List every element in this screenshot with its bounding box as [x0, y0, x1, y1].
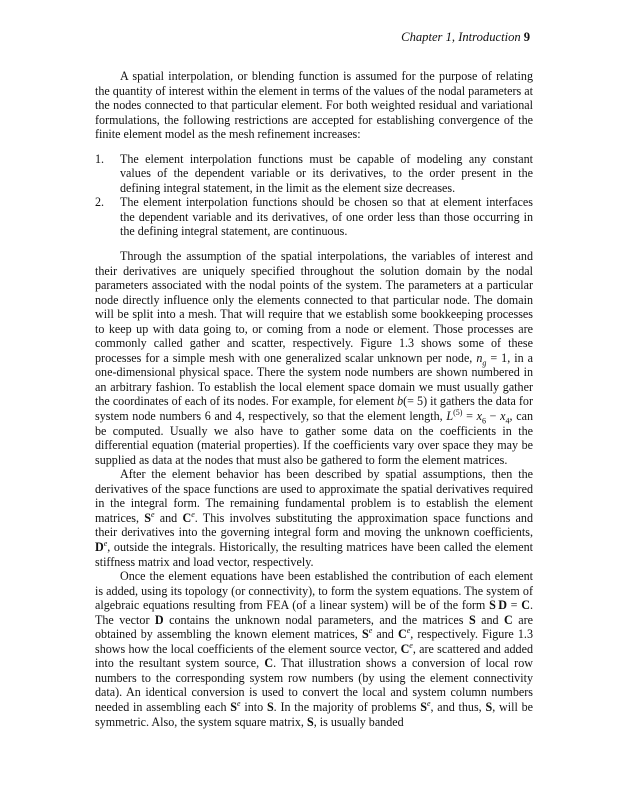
chapter-title: Chapter 1, Introduction — [401, 30, 521, 44]
paragraph-gather-scatter: Through the assumption of the spatial in… — [95, 249, 533, 467]
list-item-text: The element interpolation functions shou… — [120, 195, 533, 238]
text-run: , is usually banded — [314, 715, 404, 729]
matrix-C: C — [398, 627, 407, 641]
matrix-S: S — [420, 700, 427, 714]
matrix-S: S — [230, 700, 237, 714]
text-run: = — [462, 409, 476, 423]
convergence-requirements-list: 1.The element interpolation functions mu… — [95, 152, 533, 239]
matrix-S: S — [489, 598, 496, 612]
matrix-S: S — [307, 715, 314, 729]
matrix-S: S — [362, 627, 369, 641]
math-sup-5: (5) — [453, 408, 462, 417]
text-run: , outside the integrals. Historically, t… — [95, 540, 533, 569]
text-run: into — [241, 700, 267, 714]
text-run: contains the unknown nodal parameters, a… — [164, 613, 469, 627]
paragraph-interpolation-intro: A spatial interpolation, or blending fun… — [95, 69, 533, 142]
matrix-C: C — [182, 511, 191, 525]
vector-D: D — [155, 613, 164, 627]
list-number: 1. — [95, 152, 104, 167]
text-run: = — [507, 598, 521, 612]
paragraph-system-assembly: Once the element equations have been est… — [95, 569, 533, 729]
document-page: Chapter 1, Introduction9 A spatial inter… — [0, 0, 617, 800]
matrix-S: S — [144, 511, 151, 525]
text-run: and — [155, 511, 183, 525]
matrix-D: D — [95, 540, 104, 554]
body-text: A spatial interpolation, or blending fun… — [95, 69, 533, 729]
paragraph-element-matrices: After the element behavior has been desc… — [95, 467, 533, 569]
text-run: . In the majority of problems — [274, 700, 421, 714]
requirement-item-2: 2.The element interpolation functions sh… — [95, 195, 533, 239]
text-run: − — [486, 409, 500, 423]
matrix-S: S — [267, 700, 274, 714]
text-run: Through the assumption of the spatial in… — [95, 249, 533, 365]
vector-C: C — [401, 642, 410, 656]
text-run: , and thus, — [431, 700, 486, 714]
page-number: 9 — [524, 30, 530, 44]
text-run: and — [372, 627, 398, 641]
running-header: Chapter 1, Introduction9 — [401, 30, 530, 45]
list-item-text: The element interpolation functions must… — [120, 152, 533, 195]
matrix-S: S — [469, 613, 476, 627]
vector-C: C — [504, 613, 513, 627]
text-run: and — [476, 613, 504, 627]
vector-C: C — [264, 656, 273, 670]
requirement-item-1: 1.The element interpolation functions mu… — [95, 152, 533, 196]
vector-C: C — [521, 598, 530, 612]
text-run: Once the element equations have been est… — [95, 569, 533, 612]
list-number: 2. — [95, 195, 104, 210]
vector-D: D — [498, 598, 507, 612]
